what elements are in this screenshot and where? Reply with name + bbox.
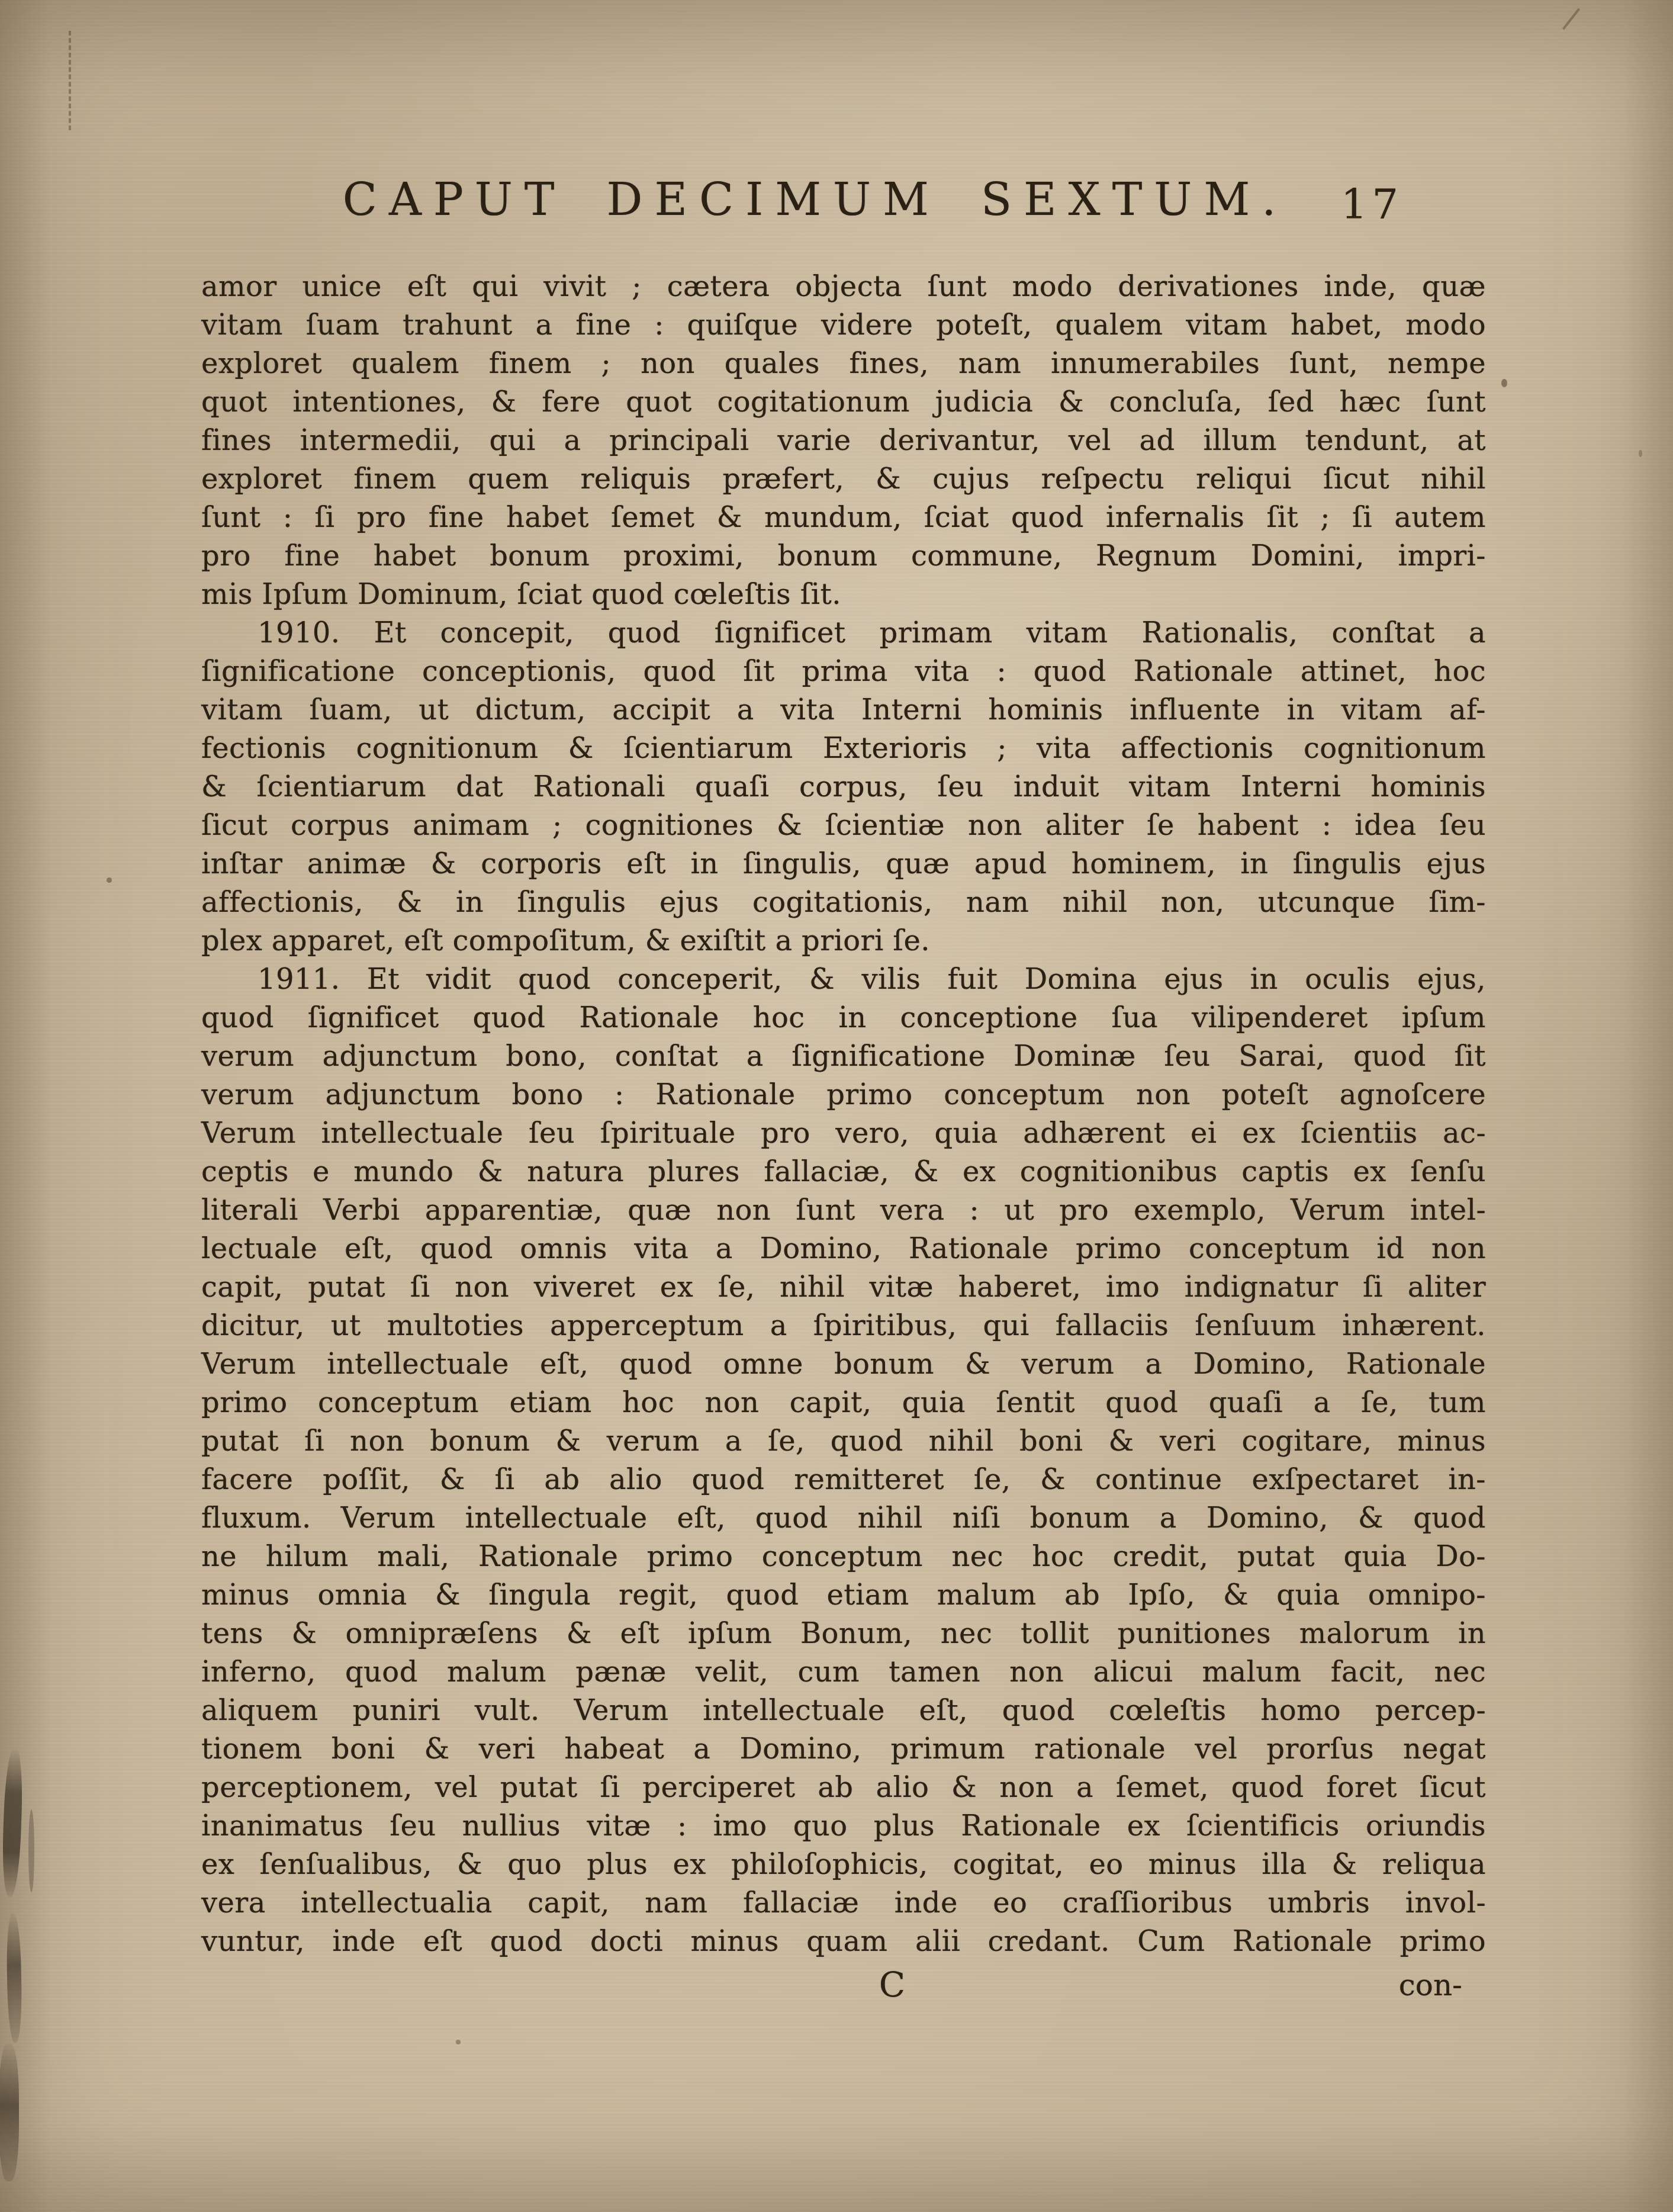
margin-dash-marks [69, 31, 71, 130]
binding-streak [0, 2044, 19, 2181]
text-line: exploret qualem finem ; non quales fines… [201, 345, 1486, 383]
text-line: ex ſenſualibus, & quo plus ex philoſophi… [201, 1846, 1486, 1884]
text-line: fectionis cognitionum & ſcientiarum Exte… [201, 729, 1486, 768]
text-line: tens & omnipræſens & eſt ipſum Bonum, ne… [201, 1615, 1486, 1653]
text-line: ſignificatione conceptionis, quod ſit pr… [201, 652, 1486, 691]
page-header: CAPUT DECIMUM SEXTUM. 17 [201, 173, 1486, 244]
text-line: fines intermedii, qui a principali varie… [201, 422, 1486, 460]
text-line: putat ſi non bonum & verum a ſe, quod ni… [201, 1422, 1486, 1461]
text-line: fluxum. Verum intellectuale eſt, quod ni… [201, 1499, 1486, 1538]
text-line: quod ſignificet quod Rationale hoc in co… [201, 999, 1486, 1037]
text-line: inanimatus ſeu nullius vitæ : imo quo pl… [201, 1807, 1486, 1846]
text-line: exploret finem quem reliquis præfert, & … [201, 460, 1486, 499]
binding-streak [6, 1914, 22, 2043]
ink-speck [1639, 450, 1642, 457]
text-line: dicitur, ut multoties apperceptum a ſpir… [201, 1307, 1486, 1345]
text-line: Verum intellectuale ſeu ſpirituale pro v… [201, 1114, 1486, 1153]
text-line: minus omnia & ſingula regit, quod etiam … [201, 1576, 1486, 1615]
text-line: inſtar animæ & corporis eſt in ſingulis,… [201, 845, 1486, 883]
text-line: ceptis e mundo & natura plures fallaciæ,… [201, 1153, 1486, 1191]
body-text: amor unice eſt qui vivit ; cætera object… [201, 268, 1486, 1961]
text-line: ſicut corpus animam ; cognitiones & ſcie… [201, 806, 1486, 845]
ink-speck [456, 2040, 461, 2044]
ink-speck [107, 877, 112, 883]
page-number: 17 [1341, 180, 1403, 229]
text-line: quot intentiones, & fere quot cogitation… [201, 383, 1486, 422]
text-line: verum adjunctum bono, conſtat a ſignific… [201, 1037, 1486, 1076]
text-line: capit, putat ſi non viveret ex ſe, nihil… [201, 1268, 1486, 1307]
text-line: Verum intellectuale eſt, quod omne bonum… [201, 1345, 1486, 1384]
text-line: perceptionem, vel putat ſi perciperet ab… [201, 1769, 1486, 1807]
text-line: mis Ipſum Dominum, ſciat quod cœleſtis ſ… [201, 575, 1486, 614]
text-line: literali Verbi apparentiæ, quæ non ſunt … [201, 1191, 1486, 1230]
text-line: affectionis, & in ſingulis ejus cogitati… [201, 883, 1486, 922]
chapter-title: CAPUT DECIMUM SEXTUM. [343, 173, 1288, 226]
binding-streak [1, 1748, 24, 1898]
text-line: lectuale eſt, quod omnis vita a Domino, … [201, 1230, 1486, 1268]
text-line: aliquem puniri vult. Verum intellectuale… [201, 1692, 1486, 1730]
text-line: amor unice eſt qui vivit ; cætera object… [201, 268, 1486, 306]
text-line: plex apparet, eſt compoſitum, & exiſtit … [201, 922, 1486, 960]
text-line: primo conceptum etiam hoc non capit, qui… [201, 1384, 1486, 1422]
text-line: vitam ſuam, ut dictum, accipit a vita In… [201, 691, 1486, 729]
text-line: vera intellectualia capit, nam fallaciæ … [201, 1884, 1486, 1922]
corner-mark [1562, 8, 1580, 30]
text-line: ſunt : ſi pro fine habet ſemet & mundum,… [201, 499, 1486, 537]
text-line: tionem boni & veri habeat a Domino, prim… [201, 1730, 1486, 1769]
text-line: vuntur, inde eſt quod docti minus quam a… [201, 1922, 1486, 1961]
scanned-page-paper: CAPUT DECIMUM SEXTUM. 17 amor unice eſt … [0, 0, 1673, 2212]
text-line: pro fine habet bonum proximi, bonum comm… [201, 537, 1486, 575]
text-line: & ſcientiarum dat Rationali quaſi corpus… [201, 768, 1486, 806]
text-line: verum adjunctum bono : Rationale primo c… [201, 1076, 1486, 1114]
catchword: con- [1399, 1968, 1462, 2002]
binding-streak [28, 1809, 34, 1892]
text-line: inferno, quod malum pænæ velit, cum tame… [201, 1653, 1486, 1692]
signature-mark: C [879, 1965, 905, 2005]
text-line: 1911. Et vidit quod conceperit, & vilis … [201, 960, 1486, 999]
ink-speck [1501, 379, 1507, 387]
text-line: 1910. Et concepit, quod ſignificet prima… [201, 614, 1486, 652]
text-line: ne hilum mali, Rationale primo conceptum… [201, 1538, 1486, 1576]
text-line: facere poſſit, & ſi ab alio quod remitte… [201, 1461, 1486, 1499]
text-line: vitam ſuam trahunt a fine : quiſque vide… [201, 306, 1486, 345]
page-footer: C con- [201, 1965, 1486, 2012]
